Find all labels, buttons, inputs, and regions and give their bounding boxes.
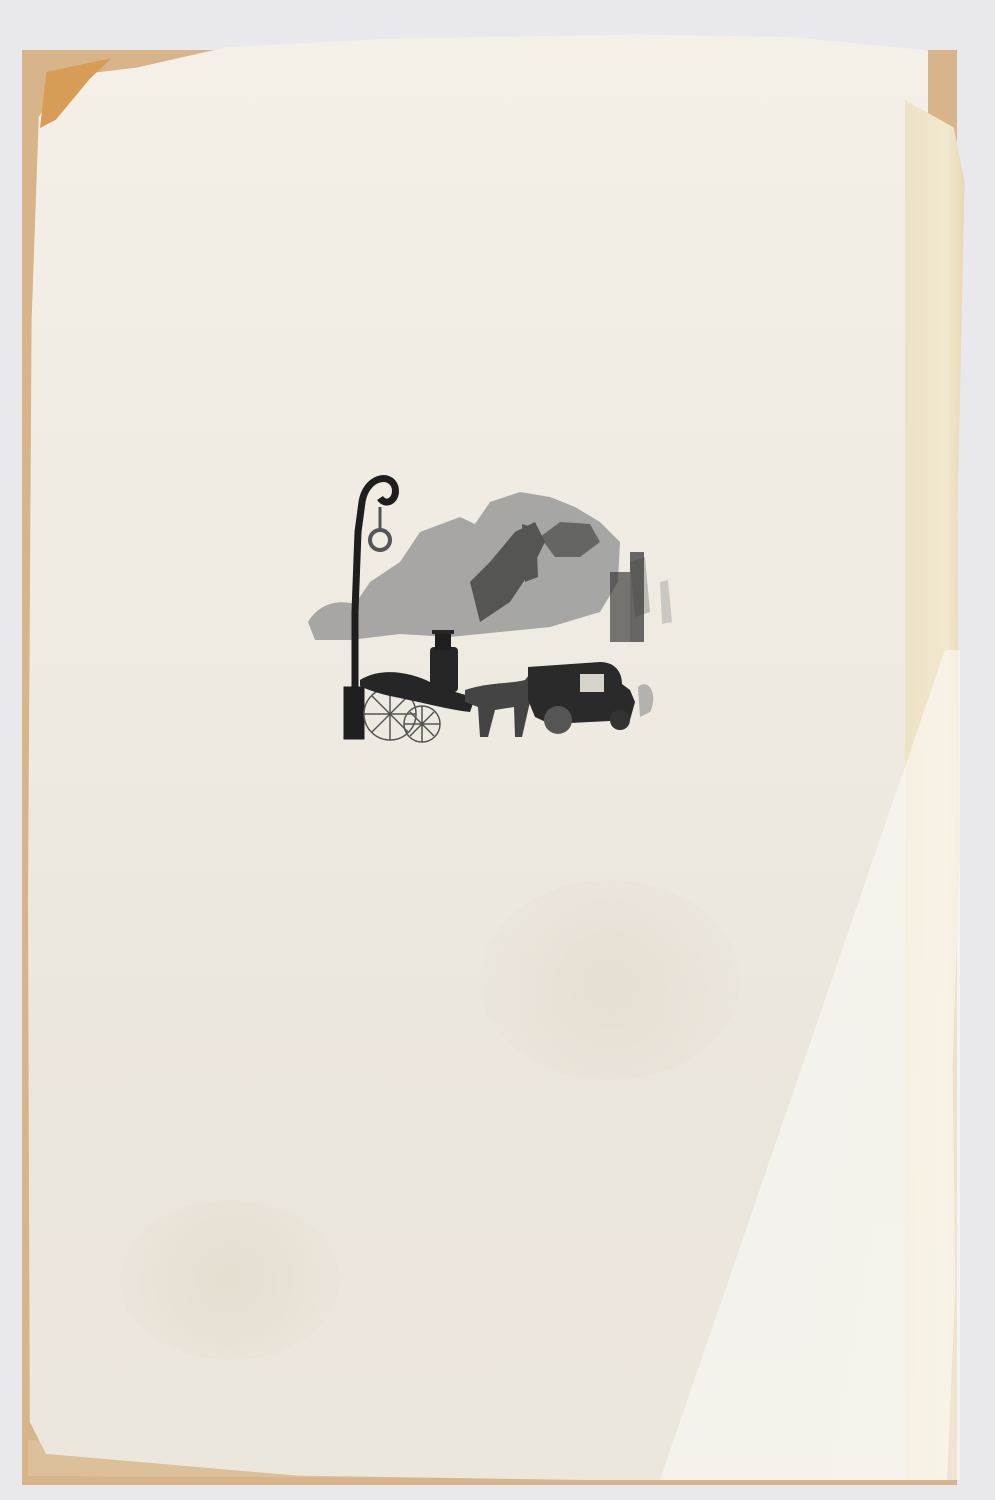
horse-carriage	[360, 630, 475, 712]
coach-driver	[430, 647, 458, 692]
paper-stain	[120, 1200, 340, 1360]
paper-stain	[480, 880, 740, 1080]
vintage-automobile	[528, 662, 653, 734]
photo-scene	[0, 0, 995, 1500]
top-hat	[435, 632, 451, 650]
street-scene-engraving	[300, 462, 680, 747]
